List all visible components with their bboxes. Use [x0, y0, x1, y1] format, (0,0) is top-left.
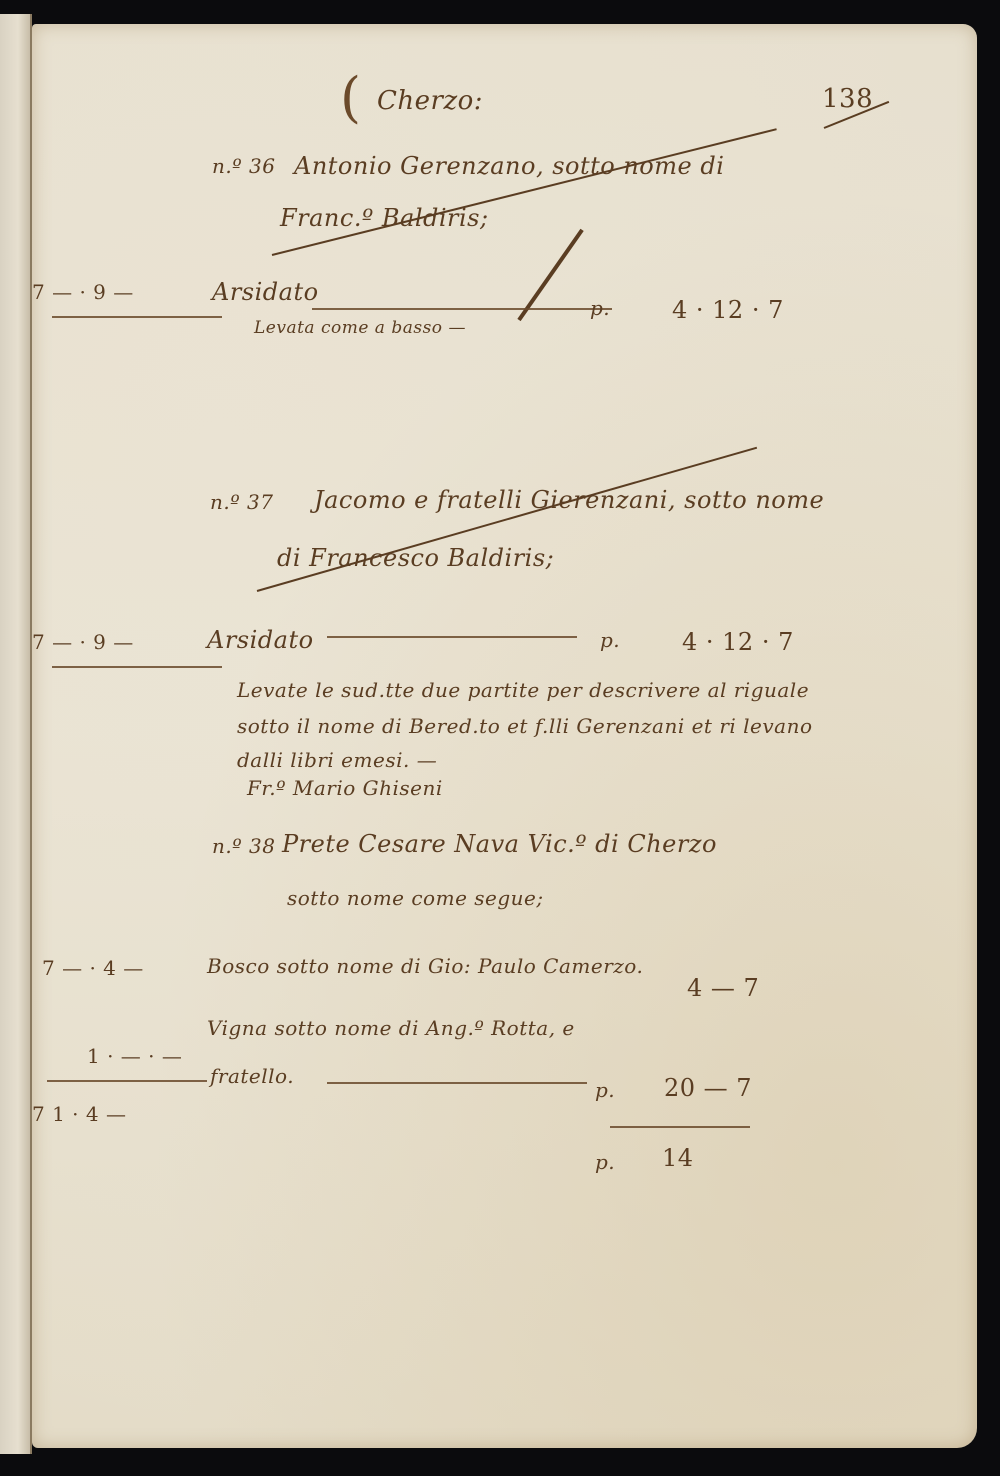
entry-38-line2-right-amount: 20 — 7 [664, 1074, 752, 1102]
manuscript-page: ( Cherzo: 138 n.º 36 Antonio Gerenzano, … [32, 24, 977, 1448]
entry-36-right-prefix: p. [590, 296, 610, 320]
entry-38-left-rule [47, 1080, 207, 1082]
entry-38-line2-left-amount: 1 · — · — [87, 1044, 182, 1068]
entry-38-line2-text-line1: Vigna sotto nome di Ang.º Rotta, e [207, 1016, 575, 1040]
entry-37-left-rule [52, 666, 222, 668]
total-rule [610, 1126, 750, 1128]
entry-38-title-line1: Prete Cesare Nava Vic.º di Cherzo [282, 830, 717, 858]
entry-37-right-amount: 4 · 12 · 7 [682, 628, 794, 656]
entry-37-right-prefix: p. [600, 628, 620, 652]
entry-36-number: n.º 36 [212, 154, 275, 178]
entry-38-item-rule [327, 1082, 587, 1084]
entry-36-left-rule [52, 316, 222, 318]
entry-36-item: Arsidato [212, 278, 319, 306]
bleed-through-text [752, 174, 760, 199]
entry-36-left-amount: 7 — · 9 — [32, 280, 134, 304]
total-prefix: p. [595, 1150, 615, 1174]
entry-37-item-rule [327, 636, 577, 638]
heading-bracket: ( [340, 66, 362, 129]
entry-38-line2-right-prefix: p. [595, 1078, 615, 1102]
entry-37-title-line2: di Francesco Baldiris; [277, 544, 554, 572]
entry-36-right-amount: 4 · 12 · 7 [672, 296, 784, 324]
entry-38-total: 14 [662, 1144, 694, 1172]
entry-37-left-amount: 7 — · 9 — [32, 630, 134, 654]
entry-37-item: Arsidato [207, 626, 314, 654]
entry-37-note-line2: sotto il nome di Bered.to et f.lli Geren… [237, 714, 813, 738]
facing-page-edge [0, 14, 32, 1454]
entry-37-note-line3: dalli libri emesi. — [237, 748, 437, 772]
page-heading: Cherzo: [377, 86, 483, 116]
entry-37-note-line1: Levate le sud.tte due partite per descri… [237, 678, 809, 702]
entry-36-item-rule [312, 308, 612, 310]
entry-38-line1-right-amount: 4 — 7 [687, 974, 759, 1002]
entry-36-note: Levata come a basso — [254, 318, 466, 338]
entry-36-strike-line [272, 128, 777, 256]
entry-38-number: n.º 38 [212, 834, 275, 858]
entry-38-left-total: 7 1 · 4 — [32, 1102, 126, 1126]
entry-37-signature: Fr.º Mario Ghiseni [247, 776, 443, 800]
entry-37-number: n.º 37 [210, 490, 273, 514]
entry-38-line1-text: Bosco sotto nome di Gio: Paulo Camerzo. [207, 954, 643, 978]
entry-38-line1-left-amount: 7 — · 4 — [42, 956, 144, 980]
entry-38-line2-text-line2: fratello. [210, 1064, 294, 1088]
entry-38-title-line2: sotto nome come segue; [287, 886, 544, 910]
